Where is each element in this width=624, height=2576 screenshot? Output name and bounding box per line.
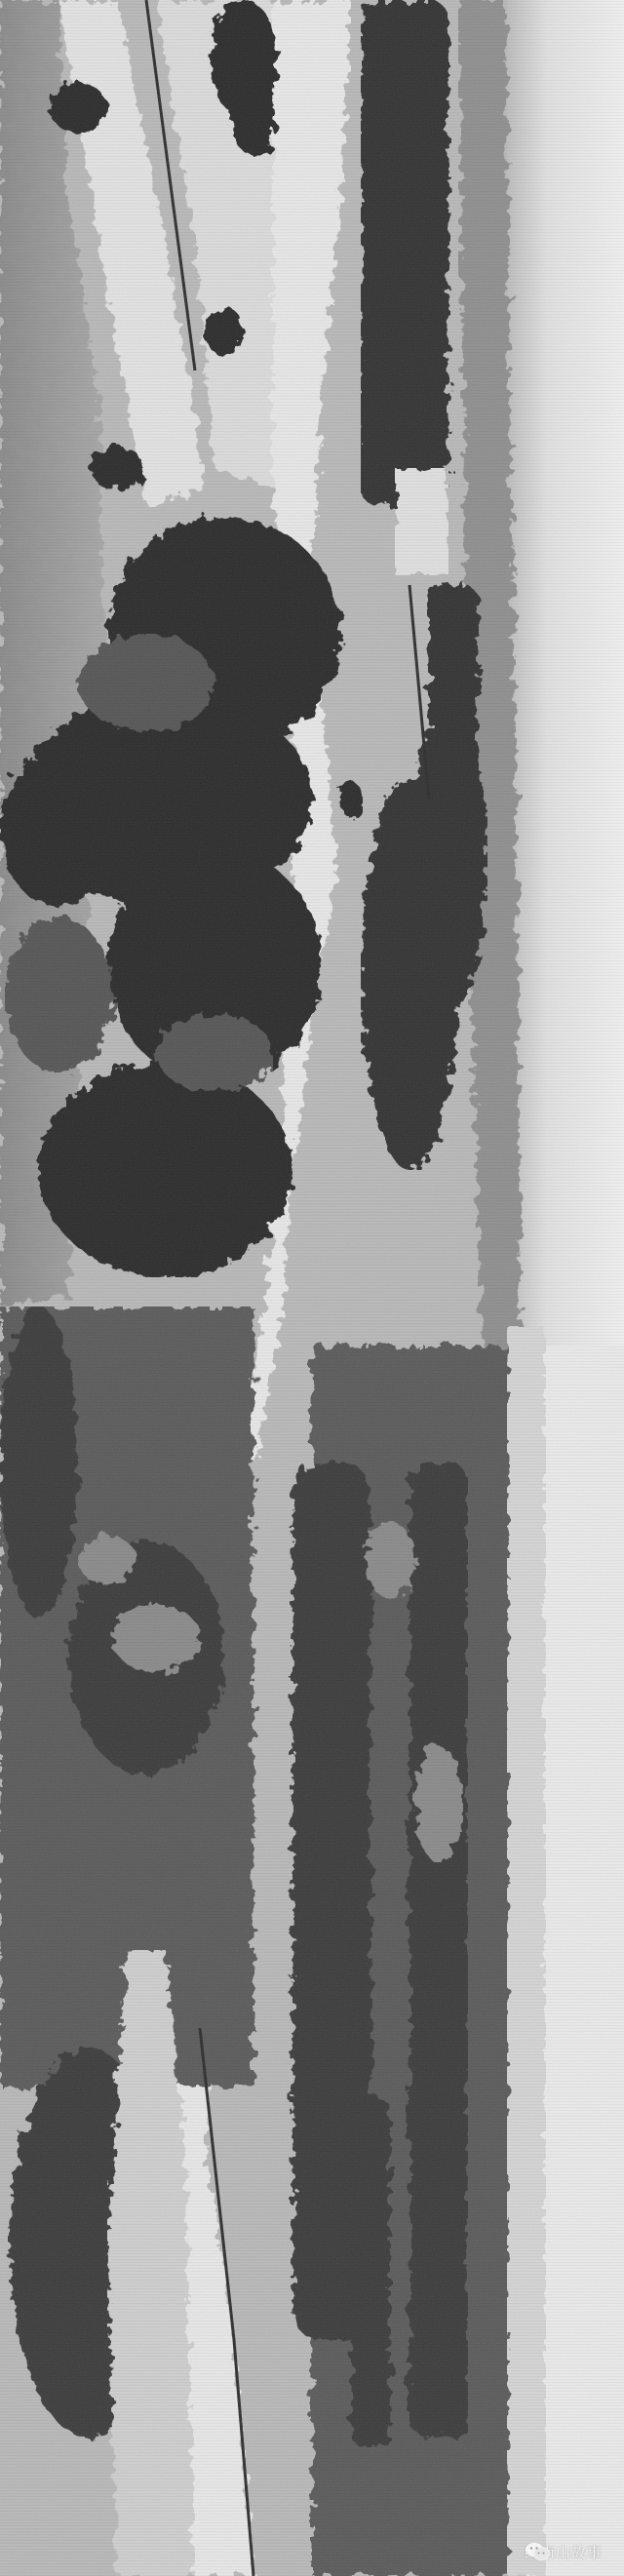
wechat-icon	[525, 2542, 550, 2561]
watermark: 终南山故事	[525, 2542, 603, 2562]
photo-scene	[0, 0, 624, 2576]
landscape-photo: 终南山故事	[0, 0, 624, 2576]
